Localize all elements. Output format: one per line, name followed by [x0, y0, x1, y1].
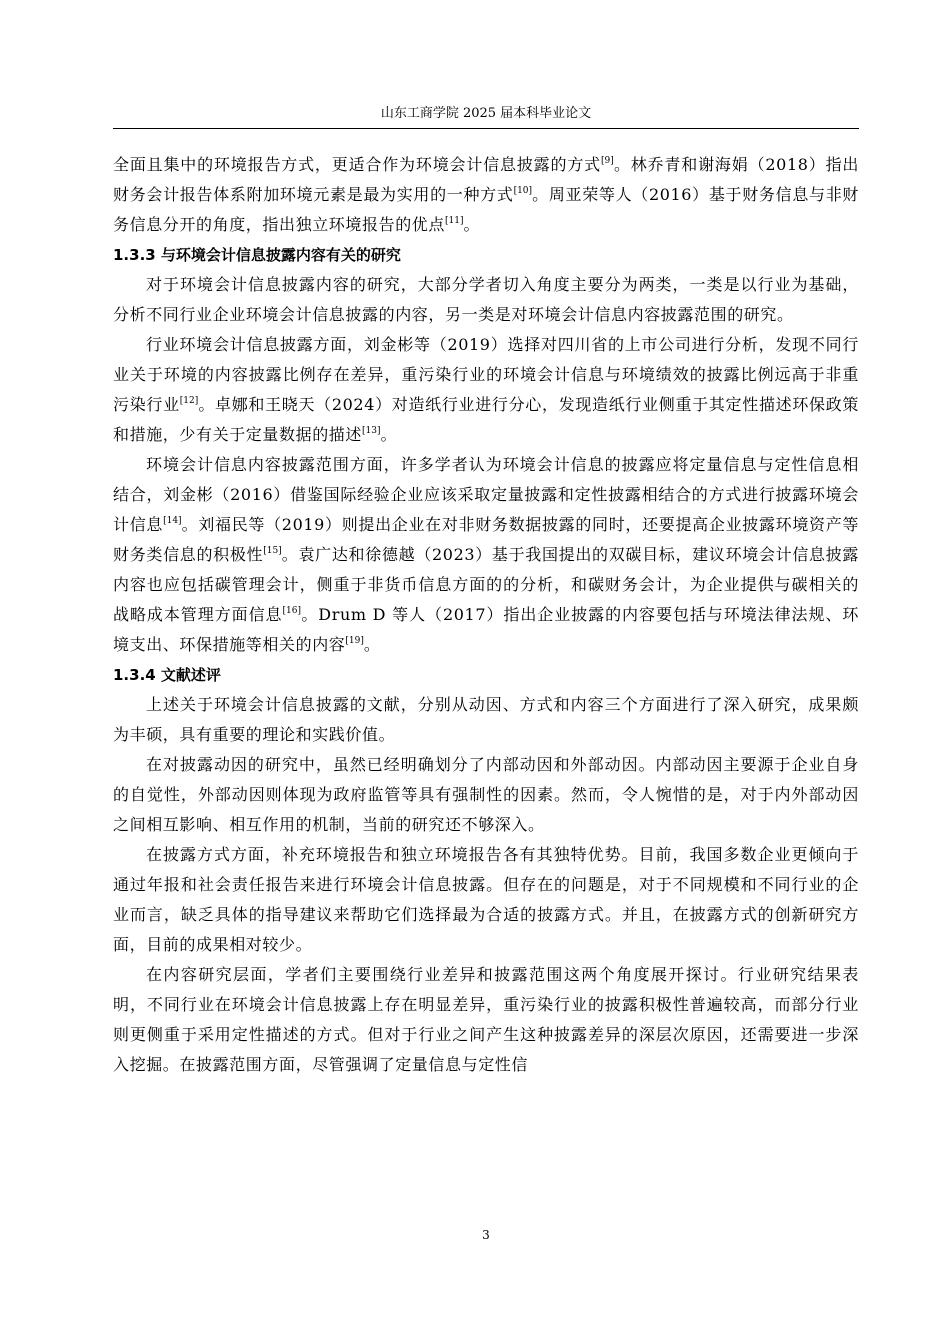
section-heading-1-3-3: 1.3.3 与环境会计信息披露内容有关的研究 [113, 240, 859, 270]
citation: [15] [263, 546, 281, 556]
paragraph: 环境会计信息内容披露范围方面，许多学者认为环境会计信息的披露应将定量信息与定性信… [113, 450, 859, 660]
page-number: 3 [113, 1228, 859, 1242]
page-body: 全面且集中的环境报告方式，更适合作为环境会计信息披露的方式[9]。林乔青和谢海娟… [113, 150, 859, 1080]
citation: [16] [283, 606, 301, 616]
header-rule [113, 128, 859, 129]
paragraph: 在对披露动因的研究中，虽然已经明确划分了内部动因和外部动因。内部动因主要源于企业… [113, 750, 859, 840]
paragraph: 在披露方式方面，补充环境报告和独立环境报告各有其独特优势。目前，我国多数企业更倾… [113, 840, 859, 960]
citation: [9] [601, 156, 614, 166]
paragraph: 上述关于环境会计信息披露的文献，分别从动因、方式和内容三个方面进行了深入研究，成… [113, 690, 859, 750]
citation: [12] [180, 396, 198, 406]
citation: [14] [163, 516, 181, 526]
running-header: 山东工商学院 2025 届本科毕业论文 [113, 106, 859, 122]
citation: [13] [362, 426, 380, 436]
citation: [19] [345, 636, 363, 646]
paragraph: 行业环境会计信息披露方面，刘金彬等（2019）选择对四川省的上市公司进行分析，发… [113, 330, 859, 450]
paragraph: 在内容研究层面，学者们主要围绕行业差异和披露范围这两个角度展开探讨。行业研究结果… [113, 960, 859, 1080]
section-heading-1-3-4: 1.3.4 文献述评 [113, 660, 859, 690]
citation: [11] [445, 216, 463, 226]
citation: [10] [514, 186, 532, 196]
paragraph: 对于环境会计信息披露内容的研究，大部分学者切入角度主要分为两类，一类是以行业为基… [113, 270, 859, 330]
paragraph-continued: 全面且集中的环境报告方式，更适合作为环境会计信息披露的方式[9]。林乔青和谢海娟… [113, 150, 859, 240]
